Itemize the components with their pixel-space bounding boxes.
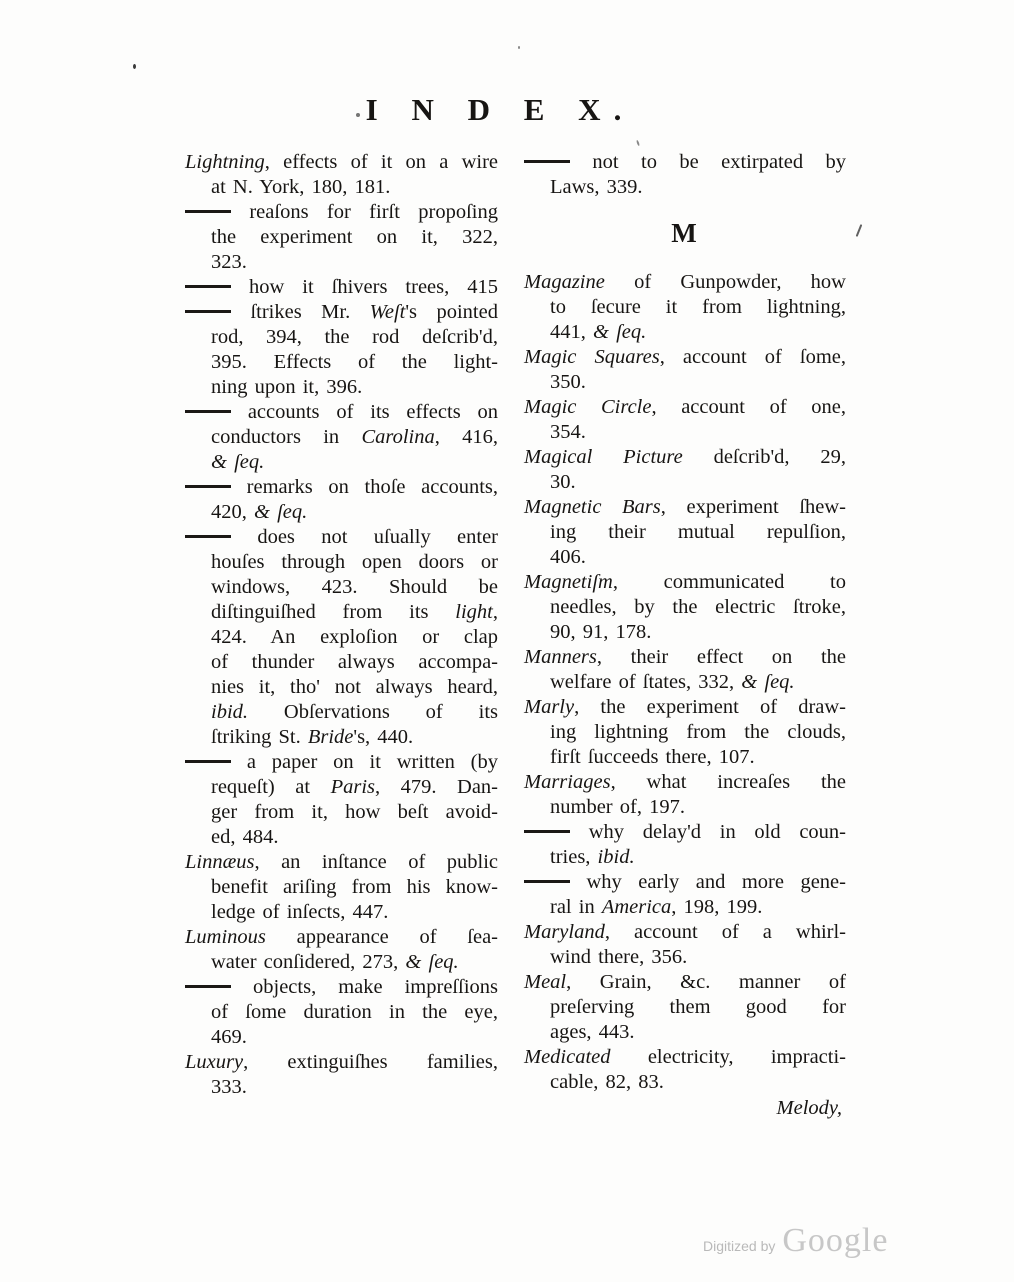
index-entry: a paper on it written (byrequeſt) at Par… <box>185 750 498 850</box>
dash-rule <box>185 285 231 288</box>
speck <box>133 64 136 69</box>
entry-line: of ſome duration in the eye, <box>211 1000 498 1025</box>
index-entry: why early and more gene-ral in America, … <box>524 870 846 920</box>
entry-line: ſtrikes Mr. Weſt's pointed <box>185 300 498 325</box>
entry-line: ger from it, how beſt avoid- <box>211 800 498 825</box>
watermark-prefix: Digitized by <box>703 1238 775 1254</box>
entry-line: Luminous appearance of ſea- <box>185 925 498 950</box>
entry-line: firſt ſucceeds there, 107. <box>550 745 846 770</box>
entry-line: Marriages, what increaſes the <box>524 770 846 795</box>
index-entry: not to be extirpated byLaws, 339. <box>524 150 846 200</box>
dash-rule <box>524 160 570 163</box>
entry-line: does not uſually enter <box>185 525 498 550</box>
entry-line: 350. <box>550 370 846 395</box>
dash-rule <box>185 410 231 413</box>
google-logo: Google <box>782 1222 888 1260</box>
entry-line: the experiment on it, 322, <box>211 225 498 250</box>
entry-line: diſtinguiſhed from its light, <box>211 600 498 625</box>
entry-line: ledge of inſects, 447. <box>211 900 498 925</box>
entry-line: reaſons for firſt propoſing <box>185 200 498 225</box>
dash-rule <box>524 880 570 883</box>
entry-line: houſes through open doors or <box>211 550 498 575</box>
index-entry: Magnetic Bars, experiment ſhew-ing their… <box>524 495 846 570</box>
entry-line: to ſecure it from lightning, <box>550 295 846 320</box>
entry-line: 420, & ſeq. <box>211 500 498 525</box>
entry-line: Magic Squares, account of ſome, <box>524 345 846 370</box>
scanned-book-page: I N D E X. Lightning, effects of it on a… <box>0 0 1014 1282</box>
index-entry: Manners, their effect on thewelfare of ſ… <box>524 645 846 695</box>
entry-line: Magnetic Bars, experiment ſhew- <box>524 495 846 520</box>
entry-line: 406. <box>550 545 846 570</box>
section-heading-m: M <box>524 221 846 246</box>
index-entry: Linnæus, an inſtance of publicbenefit ar… <box>185 850 498 925</box>
index-entry: Magic Circle, account of one,354. <box>524 395 846 445</box>
page-title: I N D E X. <box>0 92 1000 128</box>
entry-line: ed, 484. <box>211 825 498 850</box>
index-entry: Marly, the experiment of draw-ing lightn… <box>524 695 846 770</box>
entry-line: benefit ariſing from his know- <box>211 875 498 900</box>
entry-line: conductors in Carolina, 416, <box>211 425 498 450</box>
entry-line: 469. <box>211 1025 498 1050</box>
index-entry: does not uſually enterhouſes through ope… <box>185 525 498 750</box>
entry-line: why delay'd in old coun- <box>524 820 846 845</box>
entry-line: Linnæus, an inſtance of public <box>185 850 498 875</box>
dash-rule <box>185 485 231 488</box>
index-entry: why delay'd in old coun-tries, ibid. <box>524 820 846 870</box>
entry-line: Magazine of Gunpowder, how <box>524 270 846 295</box>
entry-line: at N. York, 180, 181. <box>211 175 498 200</box>
entry-line: 323. <box>211 250 498 275</box>
entry-line: Maryland, account of a whirl- <box>524 920 846 945</box>
entry-line: 30. <box>550 470 846 495</box>
entry-line: not to be extirpated by <box>524 150 846 175</box>
entry-line: ing their mutual repulſion, <box>550 520 846 545</box>
speck <box>356 113 360 117</box>
entry-line: ning upon it, 396. <box>211 375 498 400</box>
index-entry: Luminous appearance of ſea-water conſide… <box>185 925 498 975</box>
entry-line: 441, & ſeq. <box>550 320 846 345</box>
entry-line: how it ſhivers trees, 415 <box>185 275 498 300</box>
index-entry: Magnetiſm, communicated toneedles, by th… <box>524 570 846 645</box>
entry-line: water conſidered, 273, & ſeq. <box>211 950 498 975</box>
index-entry: ſtrikes Mr. Weſt's pointedrod, 394, the … <box>185 300 498 400</box>
entry-line: Manners, their effect on the <box>524 645 846 670</box>
index-entry: accounts of its effects onconductors in … <box>185 400 498 475</box>
entry-line: a paper on it written (by <box>185 750 498 775</box>
entry-line: of thunder always accompa- <box>211 650 498 675</box>
entry-line: Luxury, extinguiſhes families, <box>185 1050 498 1075</box>
entry-line: Medicated electricity, impracti- <box>524 1045 846 1070</box>
index-entry: how it ſhivers trees, 415 <box>185 275 498 300</box>
entry-line: ſtriking St. Bride's, 440. <box>211 725 498 750</box>
entry-line: Marly, the experiment of draw- <box>524 695 846 720</box>
entry-line: Magical Picture deſcrib'd, 29, <box>524 445 846 470</box>
speck <box>518 46 520 49</box>
entry-line: windows, 423. Should be <box>211 575 498 600</box>
entry-line: tries, ibid. <box>550 845 846 870</box>
index-entry: Maryland, account of a whirl-wind there,… <box>524 920 846 970</box>
entry-line: ing lightning from the clouds, <box>550 720 846 745</box>
entry-line: cable, 82, 83. <box>550 1070 846 1095</box>
column-right-top: not to be extirpated byLaws, 339. <box>524 150 846 200</box>
entry-line: Meal, Grain, &c. manner of <box>524 970 846 995</box>
entry-line: ages, 443. <box>550 1020 846 1045</box>
index-entry: Magical Picture deſcrib'd, 29,30. <box>524 445 846 495</box>
dash-rule <box>185 210 231 213</box>
dash-rule <box>185 535 231 538</box>
speck <box>856 224 863 237</box>
index-entry: remarks on thoſe accounts,420, & ſeq. <box>185 475 498 525</box>
index-entry: Lightning, effects of it on a wireat N. … <box>185 150 498 200</box>
index-entry: Meal, Grain, &c. manner ofpreſerving the… <box>524 970 846 1045</box>
entry-line: needles, by the electric ſtroke, <box>550 595 846 620</box>
entry-line: rod, 394, the rod deſcrib'd, <box>211 325 498 350</box>
entry-line: welfare of ſtates, 332, & ſeq. <box>550 670 846 695</box>
entry-line: remarks on thoſe accounts, <box>185 475 498 500</box>
dash-rule <box>185 310 231 313</box>
entry-line: wind there, 356. <box>550 945 846 970</box>
catchword: Melody, <box>524 1096 846 1121</box>
google-watermark: Digitized by Google <box>703 1222 888 1260</box>
entry-line: Laws, 339. <box>550 175 846 200</box>
index-entry: objects, make impreſſionsof ſome duratio… <box>185 975 498 1050</box>
entry-line: nies it, tho' not always heard, <box>211 675 498 700</box>
index-entry: Luxury, extinguiſhes families,333. <box>185 1050 498 1100</box>
entry-line: Lightning, effects of it on a wire <box>185 150 498 175</box>
entry-line: objects, make impreſſions <box>185 975 498 1000</box>
index-entry: Magazine of Gunpowder, howto ſecure it f… <box>524 270 846 345</box>
entry-line: ral in America, 198, 199. <box>550 895 846 920</box>
entry-line: 333. <box>211 1075 498 1100</box>
entry-line: ibid. Obſervations of its <box>211 700 498 725</box>
entry-line: requeſt) at Paris, 479. Dan- <box>211 775 498 800</box>
index-entry: reaſons for firſt propoſingthe experimen… <box>185 200 498 275</box>
dash-rule <box>185 760 231 763</box>
index-entry: Medicated electricity, impracti-cable, 8… <box>524 1045 846 1095</box>
entry-line: 90, 91, 178. <box>550 620 846 645</box>
entry-line: accounts of its effects on <box>185 400 498 425</box>
column-left: Lightning, effects of it on a wireat N. … <box>185 150 498 1100</box>
index-entry: Marriages, what increaſes thenumber of, … <box>524 770 846 820</box>
entry-line: Magic Circle, account of one, <box>524 395 846 420</box>
speck <box>636 140 640 146</box>
entry-line: 354. <box>550 420 846 445</box>
entry-line: why early and more gene- <box>524 870 846 895</box>
entry-line: Magnetiſm, communicated to <box>524 570 846 595</box>
index-entry: Magic Squares, account of ſome,350. <box>524 345 846 395</box>
dash-rule <box>524 830 570 833</box>
entry-line: number of, 197. <box>550 795 846 820</box>
entry-line: 395. Effects of the light- <box>211 350 498 375</box>
entry-line: 424. An exploſion or clap <box>211 625 498 650</box>
column-right-main: Magazine of Gunpowder, howto ſecure it f… <box>524 270 846 1095</box>
entry-line: & ſeq. <box>211 450 498 475</box>
entry-line: preſerving them good for <box>550 995 846 1020</box>
dash-rule <box>185 985 231 988</box>
column-right: not to be extirpated byLaws, 339. M Maga… <box>524 150 846 1121</box>
